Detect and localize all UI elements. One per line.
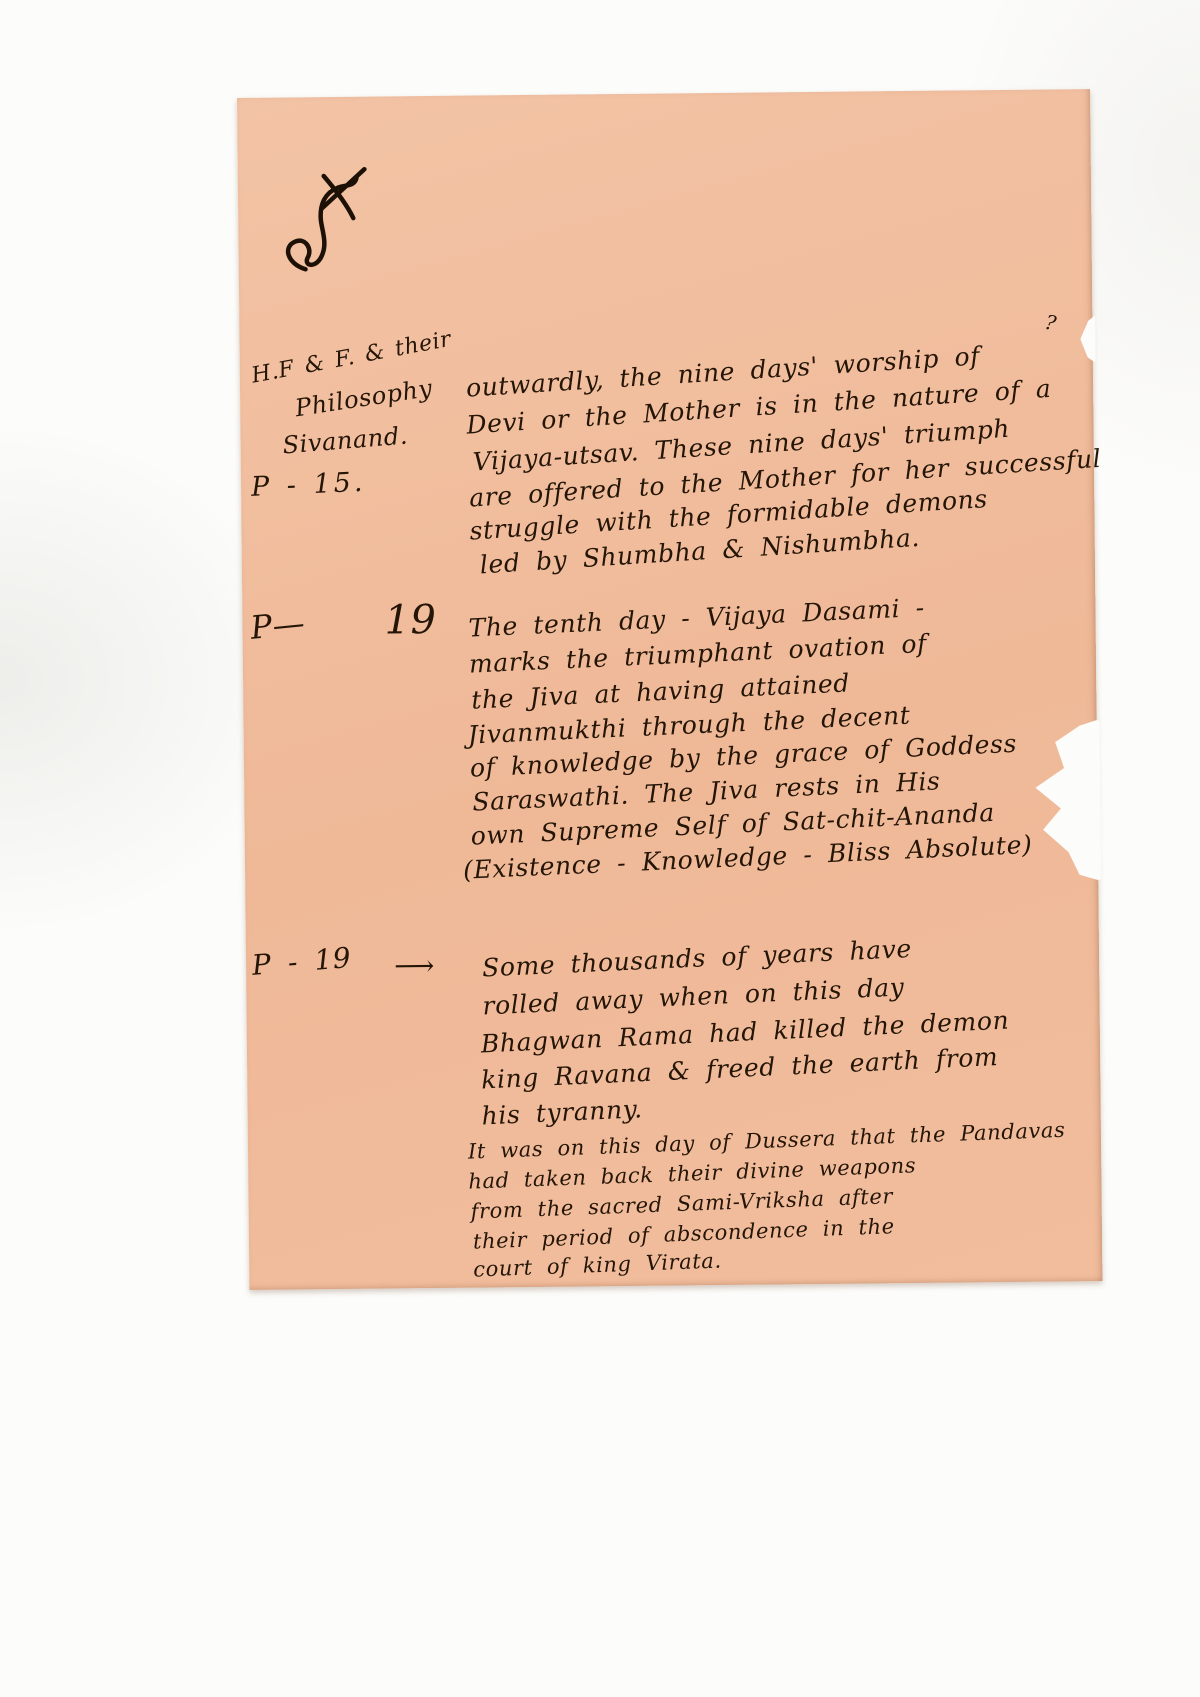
handwritten-line: their period of abscondence in the — [473, 1216, 895, 1252]
margin-page-label: P— — [249, 607, 307, 644]
margin-citation-line: Philosophy — [293, 376, 434, 420]
margin-citation-line: Sivanand. — [282, 424, 409, 458]
handwritten-line: Some thousands of years have — [482, 936, 913, 980]
om-scribble-icon — [257, 140, 411, 299]
margin-page-number: 19 — [384, 600, 437, 641]
paper-tear-notch — [1077, 315, 1096, 363]
margin-page-label: P - 19 — [251, 944, 352, 980]
handwritten-line: rolled away when on this day — [482, 974, 905, 1018]
handwritten-line: court of king Virata. — [473, 1250, 722, 1280]
manuscript-page: ? H.F & F. & their Philosophy Sivanand. … — [237, 89, 1102, 1290]
handwritten-line: his tyranny. — [481, 1096, 643, 1128]
margin-citation-line: P - 15. — [250, 469, 366, 501]
paper-tear — [1028, 719, 1102, 882]
stray-mark: ? — [1043, 312, 1058, 334]
arrow-icon: ⟶ — [394, 952, 435, 980]
